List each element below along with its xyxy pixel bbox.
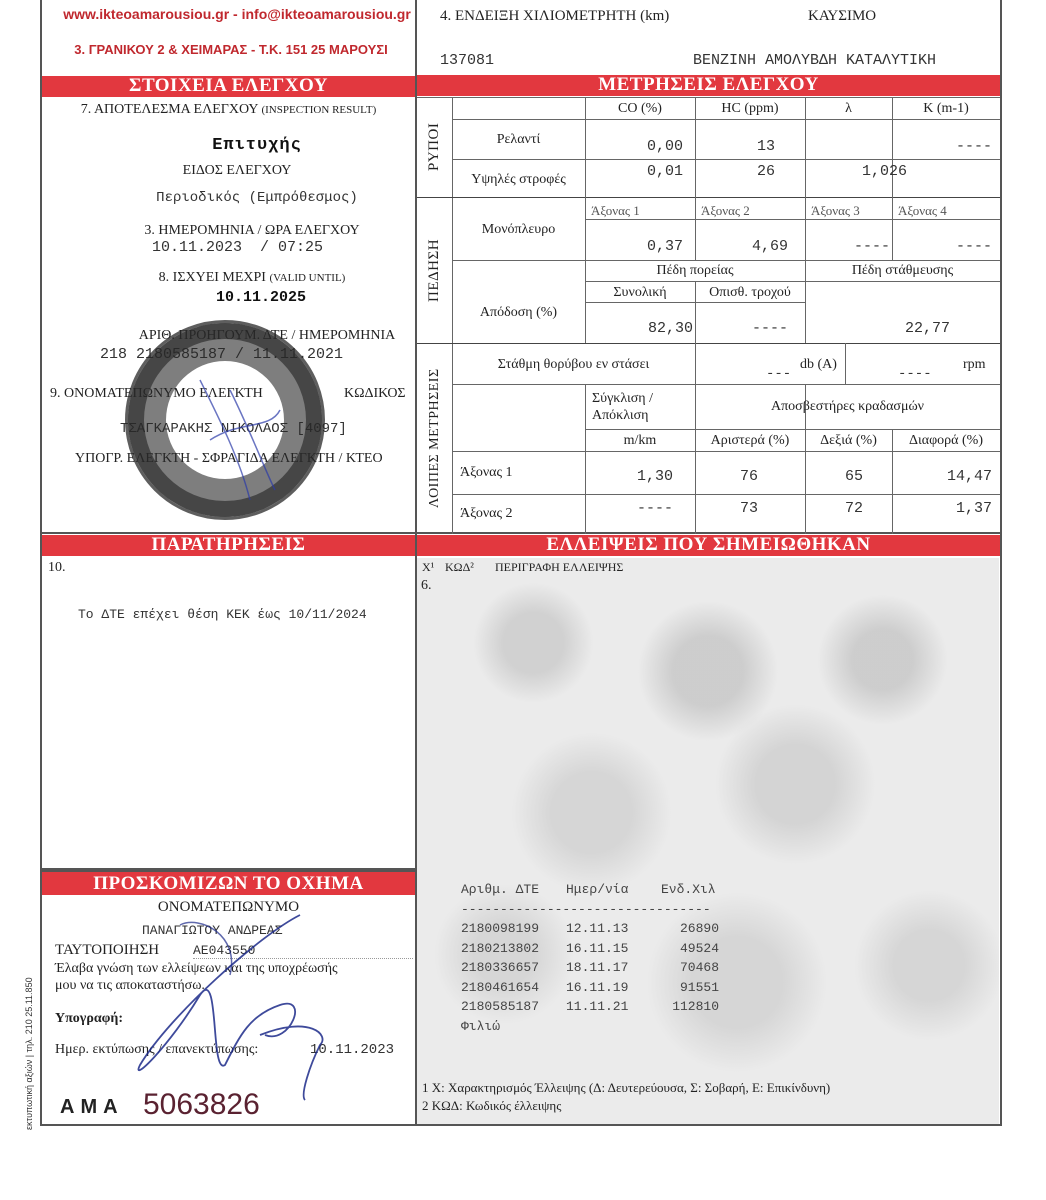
measurements-section-title: ΜΕΤΡΗΣΕΙΣ ΕΛΕΓΧΟΥ <box>417 75 1000 96</box>
other-group-label: ΛΟΙΠΕΣ ΜΕΤΡΗΣΕΙΣ <box>417 343 452 534</box>
emissions-idle-hc: 13 <box>695 138 775 155</box>
noise-db-unit: db (A) <box>800 357 837 373</box>
efficiency-label: Απόδοση (%) <box>452 305 585 321</box>
result-label-en: (INSPECTION RESULT) <box>261 104 376 116</box>
result-label-text: 7. ΑΠΟΤΕΛΕΣΜΑ ΕΛΕΓΧΟΥ <box>81 102 258 117</box>
row-divider <box>452 119 1000 120</box>
axle2-shock-left: 73 <box>695 500 758 517</box>
row-divider <box>585 302 805 303</box>
history-row: 218021380216.11.1549524 <box>461 939 719 959</box>
inspection-section-title: ΣΤΟΙΧΕΙΑ ΕΛΕΓΧΟΥ <box>42 76 415 97</box>
presenter-section-title: ΠΡΟΣΚΟΜΙΖΩΝ ΤΟ ΟΧΗΜΑ <box>42 872 415 895</box>
col-divider <box>845 343 846 384</box>
result-value: Επιτυχής <box>42 136 472 155</box>
history-row: 218033665718.11.1770468 <box>461 958 719 978</box>
history-number: 2180336657 <box>461 958 566 978</box>
emissions-high-hc: 26 <box>695 163 775 180</box>
row-divider <box>417 97 1000 98</box>
imbalance-axle-3: ---- <box>805 238 890 255</box>
history-number: 2180213802 <box>461 939 566 959</box>
imbalance-axle-2: 4,69 <box>695 238 788 255</box>
brakes-group-label: ΠΕΔΗΣΗ <box>417 197 452 343</box>
axle2-shock-right: 72 <box>805 500 863 517</box>
history-number: 2180098199 <box>461 919 566 939</box>
emissions-row-label: Ρελαντί <box>452 132 585 148</box>
total-efficiency-value: 82,30 <box>585 320 693 337</box>
axle1-alignment: 1,30 <box>585 468 673 485</box>
inspector-value: ΤΣΑΓΚΑΡΑΚΗΣ ΝΙΚΟΛΑΟΣ [4097] <box>120 421 347 437</box>
shock-header-left: Αριστερά (%) <box>695 433 805 449</box>
history-km: 91551 <box>661 978 719 998</box>
history-header: Αριθμ. ΔΤΕ Ημερ/νία Ενδ.Χιλ <box>461 880 719 900</box>
noise-db-value: --- <box>766 366 791 382</box>
row-divider <box>417 343 1000 344</box>
emissions-row-label: Υψηλές στροφές <box>452 172 585 188</box>
emissions-high-lambda: 1,026 <box>805 163 907 180</box>
axle-header-3: Άξονας 3 <box>811 203 860 219</box>
presenter-name-label: ΟΝΟΜΑΤΕΠΩΝΥΜΟ <box>42 899 415 916</box>
inspector-label: 9. ΟΝΟΜΑΤΕΠΩΝΥΜΟ ΕΛΕΓΚΤΗ <box>50 386 263 402</box>
history-number: 2180461654 <box>461 978 566 998</box>
axle1-shock-right: 65 <box>805 468 863 485</box>
axle-header-1: Άξονας 1 <box>591 203 640 219</box>
service-brake-label: Πέδη πορείας <box>585 263 805 279</box>
parking-brake-label: Πέδη στάθμευσης <box>805 263 1000 279</box>
remarks-number: 10. <box>48 560 66 576</box>
history-date: 16.11.19 <box>566 978 661 998</box>
noise-rpm-value: ---- <box>898 366 932 382</box>
row-divider <box>452 451 1000 452</box>
noise-label: Στάθμη θορύβου εν στάσει <box>452 357 695 373</box>
axle1-shock-left: 76 <box>695 468 758 485</box>
ama-value: 5063826 <box>143 1088 260 1122</box>
axle2-alignment: ---- <box>585 500 673 517</box>
footnote-2: 2 ΚΩΔ: Κωδικός έλλειψης <box>422 1098 561 1114</box>
row-divider <box>452 384 1000 385</box>
history-km: 49524 <box>661 939 719 959</box>
history-row: 218046165416.11.1991551 <box>461 978 719 998</box>
history-date: 11.11.21 <box>566 997 661 1017</box>
row-divider <box>452 260 1000 261</box>
emissions-idle-co: 0,00 <box>585 138 683 155</box>
row-divider <box>585 429 1000 430</box>
shock-header-right: Δεξιά (%) <box>805 433 892 449</box>
noise-rpm-unit: rpm <box>963 357 986 373</box>
row-divider <box>585 219 1000 220</box>
presenter-id-label: ΤΑΥΤΟΠΟΙΗΣΗ <box>55 942 159 959</box>
alignment-unit: m/km <box>585 433 695 449</box>
remarks-frame <box>40 534 417 870</box>
emissions-high-co: 0,01 <box>585 163 683 180</box>
other-row-label: Άξονας 1 <box>460 465 513 481</box>
type-label: ΕΙΔΟΣ ΕΛΕΓΧΟΥ <box>42 163 432 179</box>
datetime-value: 10.11.2023 / 07:25 <box>152 239 323 256</box>
history-header-km: Ενδ.Χιλ <box>661 880 719 900</box>
type-value: Περιοδικός (Εμπρόθεσμος) <box>42 190 472 206</box>
remarks-text: Το ΔΤΕ επέχει θέση ΚΕΚ έως 10/11/2024 <box>78 607 367 622</box>
history-date: 18.11.17 <box>566 958 661 978</box>
history-km: 26890 <box>661 919 719 939</box>
history-header-number: Αριθμ. ΔΤΕ <box>461 880 566 900</box>
history-rows: 218009819912.11.1326890218021380216.11.1… <box>461 919 719 1017</box>
history-date: 12.11.13 <box>566 919 661 939</box>
defects-col-code: ΚΩΔ² <box>445 560 474 575</box>
emissions-header-hc: HC (ppm) <box>695 101 805 117</box>
parking-efficiency-value: 22,77 <box>805 320 950 337</box>
history-footer: Φιλιώ <box>461 1017 719 1037</box>
defects-col-desc: ΠΕΡΙΓΡΑΦΗ ΕΛΛΕΙΨΗΣ <box>495 560 623 575</box>
row-divider <box>417 197 1000 198</box>
defects-col-x: X¹ <box>422 560 434 575</box>
imbalance-label: Μονόπλευρο <box>452 222 585 238</box>
result-label: 7. ΑΠΟΤΕΛΕΣΜΑ ΕΛΕΓΧΟΥ (INSPECTION RESULT… <box>42 102 415 118</box>
acknowledgment-text: Έλαβα γνώση των ελλείψεων και της υποχρέ… <box>55 960 355 994</box>
rear-wheel-label: Οπισθ. τροχού <box>695 285 805 301</box>
other-row-label: Άξονας 2 <box>460 506 513 522</box>
history-row: 218009819912.11.1326890 <box>461 919 719 939</box>
presenter-signature-label: Υπογραφή: <box>55 1011 123 1027</box>
valid-label: 8. ΙΣΧΥΕΙ ΜΕΧΡΙ (VALID UNTIL) <box>42 270 462 286</box>
print-date-value: 10.11.2023 <box>310 1042 394 1058</box>
defects-section-title: ΕΛΛΕΙΨΕΙΣ ΠΟΥ ΣΗΜΕΙΩΘΗΚΑΝ <box>417 535 1000 556</box>
history-header-date: Ημερ/νία <box>566 880 661 900</box>
row-divider <box>585 281 1000 282</box>
presenter-id-value: ΑΕ043550 <box>193 943 413 959</box>
footnote-1: 1 Χ: Χαρακτηρισμός Έλλειψης (Δ: Δευτερεύ… <box>422 1080 830 1096</box>
defects-number: 6. <box>421 578 432 594</box>
imbalance-axle-1: 0,37 <box>585 238 683 255</box>
valid-until-value: 10.11.2025 <box>216 289 306 306</box>
print-date-label: Ημερ. εκτύπωσης / επανεκτύπωσης: <box>55 1042 258 1058</box>
imbalance-axle-4: ---- <box>892 238 992 255</box>
alignment-label: Σύγκλιση / Απόκλιση <box>592 390 687 424</box>
remarks-section-title: ΠΑΡΑΤΗΡΗΣΕΙΣ <box>42 535 415 556</box>
ama-label: ΑΜΑ <box>60 1096 124 1119</box>
emissions-header-co: CO (%) <box>585 101 695 117</box>
shocks-label: Αποσβεστήρες κραδασμών <box>695 399 1000 415</box>
defects-frame <box>415 534 1002 1126</box>
total-efficiency-label: Συνολική <box>585 285 695 301</box>
shock-header-diff: Διαφορά (%) <box>892 433 1000 449</box>
previous-dte-value: 218 2180585187 / 11.11.2021 <box>100 346 343 363</box>
history-table: Αριθμ. ΔΤΕ Ημερ/νία Ενδ.Χιλ ------------… <box>461 880 719 1036</box>
datetime-label: 3. ΗΜΕΡΟΜΗΝΙΑ / ΩΡΑ ΕΛΕΓΧΟΥ <box>42 223 462 239</box>
emissions-header-lambda: λ <box>805 101 892 117</box>
axle1-shock-diff: 14,47 <box>892 468 992 485</box>
history-row: 218058518711.11.21112810 <box>461 997 719 1017</box>
history-date: 16.11.15 <box>566 939 661 959</box>
row-divider <box>452 159 1000 160</box>
axle-header-2: Άξονας 2 <box>701 203 750 219</box>
axle2-shock-diff: 1,37 <box>892 500 992 517</box>
emissions-idle-k: ---- <box>892 138 992 155</box>
axle-header-4: Άξονας 4 <box>898 203 947 219</box>
history-separator: -------------------------------- <box>461 900 719 920</box>
presenter-name-value: ΠΑΝΑΓΙΩΤΟΥ ΑΝΔΡΕΑΣ <box>142 923 282 938</box>
code-label: ΚΩΔΙΚΟΣ <box>344 386 406 402</box>
side-printer-note: εκτυπωτική αξιών | τηλ. 210 25.11.850 <box>24 977 34 1130</box>
emissions-header-k: K (m-1) <box>892 101 1000 117</box>
valid-label-en: (VALID UNTIL) <box>269 272 345 284</box>
inspector-signature-label: ΥΠΟΓΡ. ΕΛΕΓΚΤΗ - ΣΦΡΑΓΙΔΑ ΕΛΕΓΚΤΗ / ΚΤΕΟ <box>75 451 383 467</box>
history-number: 2180585187 <box>461 997 566 1017</box>
row-divider <box>452 494 1000 495</box>
history-km: 70468 <box>661 958 719 978</box>
emissions-group-label: ΡΥΠΟΙ <box>417 97 452 197</box>
rear-efficiency-value: ---- <box>695 320 788 337</box>
history-km: 112810 <box>661 997 719 1017</box>
valid-label-text: 8. ΙΣΧΥΕΙ ΜΕΧΡΙ <box>159 270 266 285</box>
